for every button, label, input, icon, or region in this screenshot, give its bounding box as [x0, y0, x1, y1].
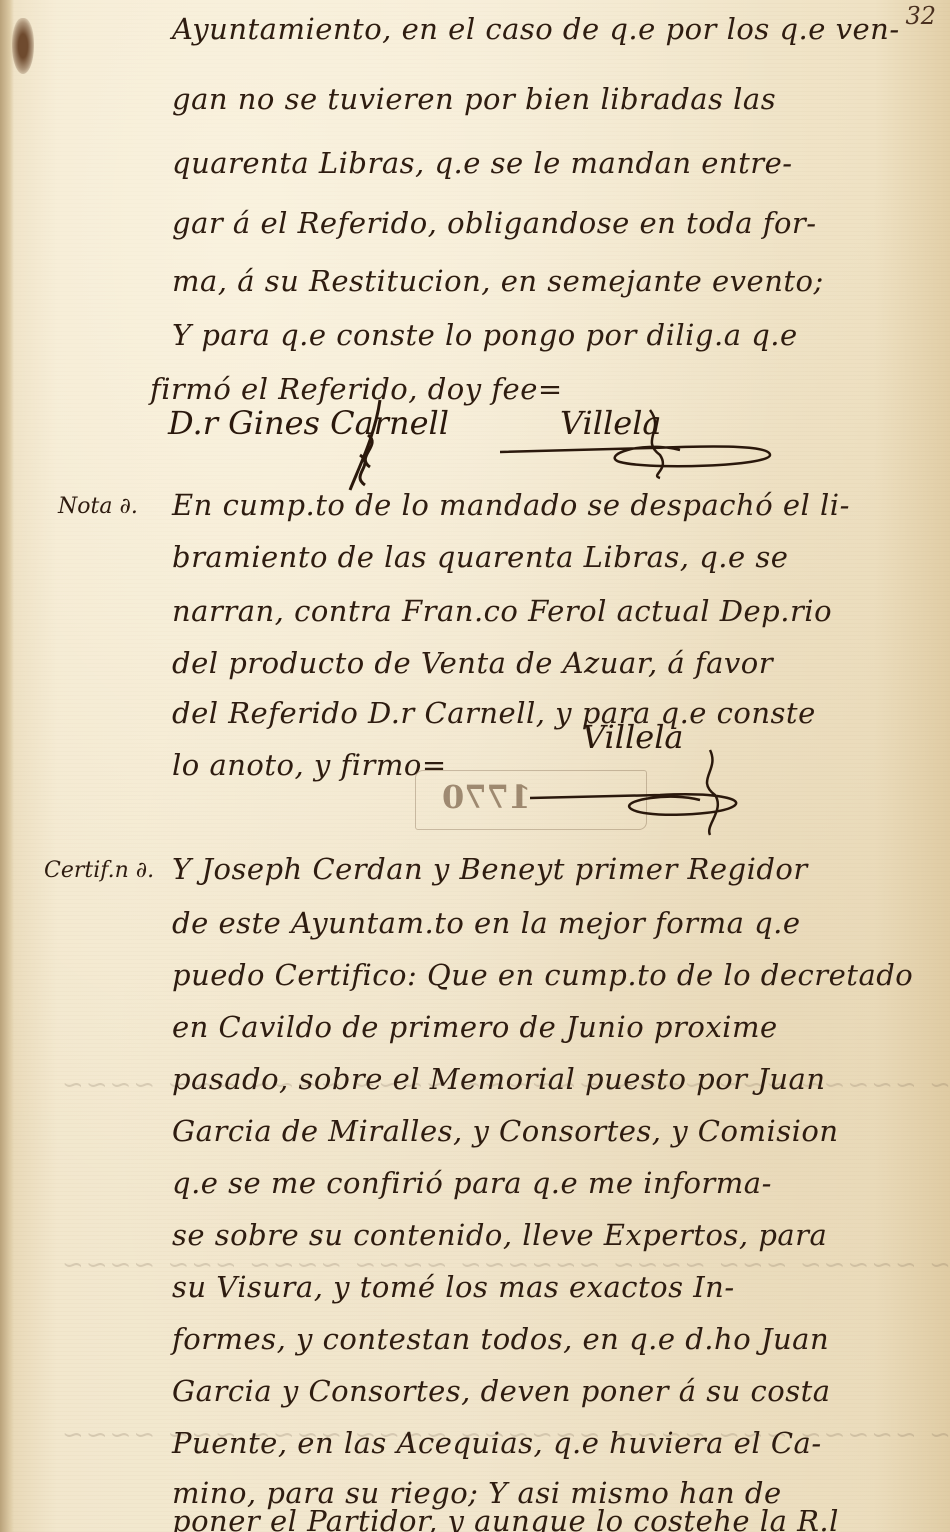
text-line: formes, y contestan todos, en q.e d.ho J…	[172, 1322, 829, 1356]
text-line: puedo Certifico: Que en cump.to de lo de…	[172, 958, 913, 992]
text-line: narran, contra Fran.co Ferol actual Dep.…	[172, 594, 832, 628]
text-line: q.e se me confirió para q.e me informa-	[172, 1166, 772, 1200]
manuscript-page: ~~~~ ~~~ ~~~~~ ~~~ ~~~~ ~~~~~~ ~~~~ ~~~~…	[0, 0, 950, 1532]
text-line: se sobre su contenido, lleve Expertos, p…	[172, 1218, 827, 1252]
text-line: su Visura, y tomé los mas exactos In-	[172, 1270, 735, 1304]
text-line: gan no se tuvieren por bien libradas las	[172, 82, 776, 116]
margin-label-nota: Nota ∂.	[58, 494, 138, 519]
text-line: ma, á su Restitucion, en semejante event…	[172, 264, 824, 298]
text-line: Puente, en las Acequias, q.e huviera el …	[172, 1426, 822, 1460]
text-line: Garcia y Consortes, deven poner á su cos…	[172, 1374, 831, 1408]
text-line: Y Joseph Cerdan y Beneyt primer Regidor	[172, 852, 808, 886]
text-line: bramiento de las quarenta Libras, q.e se	[172, 540, 788, 574]
text-line: En cump.to de lo mandado se despachó el …	[172, 488, 850, 522]
signature-rubric	[500, 400, 800, 480]
bleed-through-year: 1770	[442, 778, 531, 816]
binding-edge	[0, 0, 14, 1532]
text-line: lo anoto, y firmo=	[172, 748, 447, 782]
text-line: quarenta Libras, q.e se le mandan entre-	[172, 146, 793, 180]
text-line: Y para q.e conste lo pongo por dilig.a q…	[172, 318, 798, 352]
text-line: pasado, sobre el Memorial puesto por Jua…	[172, 1062, 826, 1096]
text-line: del Referido D.r Carnell, y para q.e con…	[172, 696, 816, 730]
text-line: en Cavildo de primero de Junio proxime	[172, 1010, 778, 1044]
ink-stain	[12, 18, 34, 74]
text-line: del producto de Venta de Azuar, á favor	[172, 646, 773, 680]
text-line: Garcia de Miralles, y Consortes, y Comis…	[172, 1114, 839, 1148]
text-line: Ayuntamiento, en el caso de q.e por los …	[172, 12, 900, 46]
text-line: gar á el Referido, obligandose en toda f…	[172, 206, 817, 240]
signature-carnell: D.r Gines Carnell	[168, 404, 449, 442]
folio-number: 32	[905, 2, 936, 30]
margin-label-certificacion: Certif.n ∂.	[44, 858, 154, 883]
signature-rubric	[530, 740, 770, 840]
text-line: de este Ayuntam.to en la mejor forma q.e	[172, 906, 801, 940]
text-line: poner el Partidor, y aunque lo costehe l…	[172, 1504, 839, 1532]
signature-rubric	[320, 395, 400, 495]
